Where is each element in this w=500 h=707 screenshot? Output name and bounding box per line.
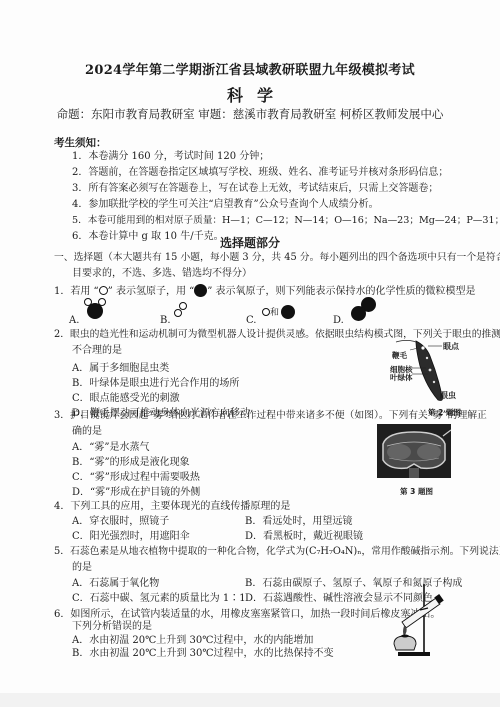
q4-option-c: C．阳光强烈时，用遮阳伞: [72, 529, 190, 545]
label-chloroplast: 叶绿体: [390, 372, 413, 383]
q1-option-a-water-molecule-icon: [84, 298, 108, 324]
exam-title: 2024学年第二学期浙江省县域教研联盟九年级模拟考试: [0, 59, 500, 78]
oxygen-atom-icon: [194, 284, 207, 297]
question-4-stem: 4．下列工具的应用，主要体现光的直线传播原理的是: [54, 499, 290, 515]
section-intro-1: 一、选择题（本大题共有 15 小题，每小题 3 分，共 45 分。每小题列出的四…: [54, 250, 500, 266]
q5-option-c: C．石蕊中碳、氢元素的质量比为 1∶1: [72, 591, 246, 607]
question-3-stem-line2: 确的是: [72, 424, 102, 440]
notice-title: 考生须知：: [54, 135, 107, 150]
label-eyespot: 眼点: [443, 341, 459, 352]
label-flagellum: 鞭毛: [392, 350, 407, 361]
question-5-stem-line2: 的是: [72, 560, 92, 576]
authors-line: 命题：东阳市教育局教研室 审题：慈溪市教育局教研室 柯桥区教师发展中心: [0, 106, 500, 122]
q6-option-b: B．水由初温 20℃上升到 30℃过程中，水的比热保持不变: [72, 646, 334, 662]
q4-option-a: A．穿衣服时，照镜子: [72, 514, 169, 530]
exam-page: 2024学年第二学期浙江省县域教研联盟九年级模拟考试 科学 命题：东阳市教育局教…: [0, 0, 500, 693]
q3-option-a: A．“雾”是水蒸气: [72, 440, 149, 456]
question-1-stem: 1．若用 “” 表示氢原子，用 “” 表示氧原子，则下列能表示保持水的化学性质的…: [54, 284, 476, 300]
notice-item-1: 1．本卷满分 160 分，考试时间 120 分钟；: [72, 149, 269, 165]
label-euglena: 眼虫: [440, 390, 456, 401]
page-bottom-margin: [0, 693, 500, 707]
notice-item-2: 2．答题前，在答题卷指定区域填写学校、班级、姓名、准考证号并核对条形码信息；: [72, 165, 448, 181]
q3-figure-caption: 第 3 题图: [400, 486, 433, 497]
subject-title: 科学: [0, 83, 500, 106]
notice-item-4: 4．参加联批学校的学生可关注“启望教育”公众号查询个人成绩分析。: [72, 197, 379, 213]
q3-goggles-photo: [377, 424, 451, 478]
test-tube-heating-icon: [390, 582, 460, 662]
q2-option-a: A．属于多细胞昆虫类: [72, 361, 169, 377]
q2-option-c: C．眼点能感受光的刺激: [72, 391, 180, 407]
q6-apparatus-figure: [390, 582, 460, 662]
q1-option-b-hydrogen-molecule-icon: [174, 302, 188, 320]
question-5-stem-line1: 5．石蕊色素是从地衣植物中提取的一种化合物，化学式为(C₇H₇O₄N)ₙ，常用作…: [54, 544, 500, 560]
notice-item-3: 3．所有答案必须写在答题卷上，写在试卷上无效，考试结束后，只需上交答题卷；: [72, 181, 438, 197]
q3-option-b: B．“雾”的形成是液化现象: [72, 455, 190, 471]
section-heading: 选择题部分: [0, 234, 500, 251]
q4-option-b: B．看远处时，用望远镜: [245, 514, 352, 530]
q2-euglena-figure: 眼点 鞭毛 细胞核 叶绿体 眼虫 第 2 题图: [390, 336, 500, 418]
notice-item-5: 5．本卷可能用到的相对原子质量：H—1；C—12；N—14；O—16；Na—23…: [72, 213, 500, 229]
question-3-stem-line1: 3．护目镜镜片会因起“雾”给医疗工作者在工作过程中带来诸多不便（如图）。下列有关…: [54, 408, 487, 424]
q2-option-b: B．叶绿体是眼虫进行光合作用的场所: [72, 376, 239, 392]
q1-option-c-atoms-icon: 和: [262, 305, 298, 321]
q1-option-d-oxygen-molecule-icon: [350, 297, 380, 325]
fogged-goggles-icon: [377, 424, 451, 478]
hydrogen-atom-icon: [99, 286, 108, 295]
q4-option-d: D．看黑板时，戴近视眼镜: [245, 529, 363, 545]
question-2-stem-line2: 不合理的是: [72, 343, 122, 359]
q5-option-a: A．石蕊属于氧化物: [72, 576, 159, 592]
q3-option-c: C．“雾”形成过程中需要吸热: [72, 470, 200, 486]
section-intro-2: 目要求的，不选、多选、错选均不得分）: [72, 266, 252, 282]
